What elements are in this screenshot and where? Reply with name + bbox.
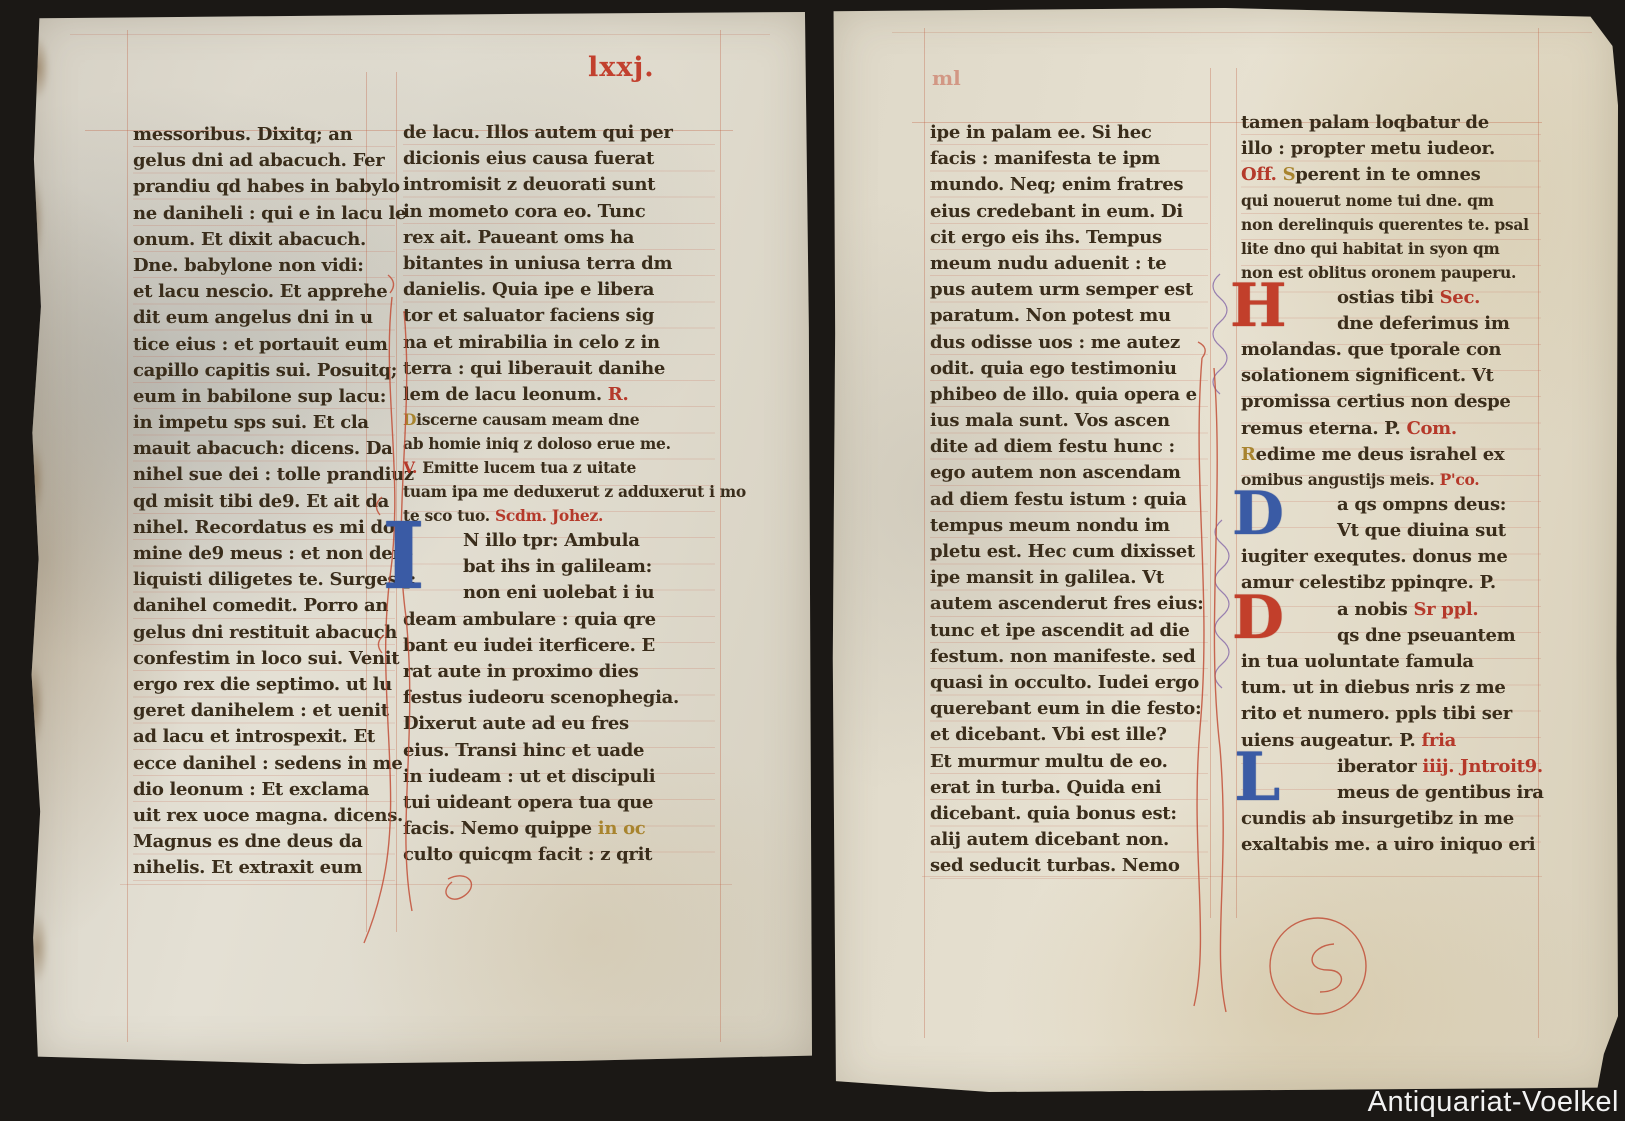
ruling-line <box>70 34 770 35</box>
manuscript-leaf-right: ml ipe in palam ee. Si hecfacis : manife… <box>832 8 1618 1092</box>
folio-number: lxxj. <box>588 52 655 83</box>
illuminated-initial-I: I <box>382 510 425 602</box>
text-line: ne daniheli : qui e in lacu le <box>133 201 395 227</box>
text-line: eius credebant in eum. Di <box>930 199 1208 225</box>
text-line: meum nudu aduenit : te <box>930 251 1208 277</box>
text-line: gelus dni ad abacuch. Fer <box>133 148 395 174</box>
text-line: cit ergo eis ihs. Tempus <box>930 225 1208 251</box>
illuminated-initial-H: H <box>1230 276 1287 336</box>
illuminated-initial-D1: D <box>1232 484 1284 544</box>
text-line: de lacu. Illos autem qui per <box>403 120 715 146</box>
text-line: prandiu qd habes in babylo <box>133 174 395 200</box>
text-line: illo : propter metu iudeor. <box>1241 136 1541 162</box>
ruling-line <box>127 30 128 1042</box>
stain <box>25 912 49 984</box>
text-line: dicionis eius causa fuerat <box>403 146 715 172</box>
ruling-line <box>720 30 721 1042</box>
text-line: messoribus. Dixitq; an <box>133 122 395 148</box>
leaf-right-surface: ml ipe in palam ee. Si hecfacis : manife… <box>832 8 1618 1092</box>
text-line: paratum. Non potest mu <box>930 303 1208 329</box>
text-line: intromisit z deuorati sunt <box>403 172 715 198</box>
text-line: in mometo cora eo. Tunc <box>403 199 715 225</box>
stain <box>24 662 44 748</box>
leaf-left-surface: lxxj. messoribus. Dixitq; angelus dni ad… <box>30 12 812 1064</box>
illuminated-initial-D2: D <box>1232 588 1284 648</box>
text-line: Off. Sperent in te omnes <box>1241 162 1541 188</box>
stain <box>24 36 50 100</box>
text-line: non derelinquis querentes te. psal <box>1241 213 1541 237</box>
text-line: lite dno qui habitat in syon qm <box>1241 237 1541 261</box>
text-line: tamen palam loqbatur de <box>1241 110 1541 136</box>
folio-showthrough-mark: ml <box>932 66 961 90</box>
ruling-line <box>892 32 1592 33</box>
penwork-flourish <box>1162 338 1432 1042</box>
watermark-text: Antiquariat-Voelkel <box>1368 1086 1619 1119</box>
text-line: mundo. Neq; enim fratres <box>930 172 1208 198</box>
text-line: facis : manifesta te ipm <box>930 146 1208 172</box>
illuminated-initial-L: L <box>1234 744 1280 810</box>
text-line: onum. Et dixit abacuch. <box>133 227 395 253</box>
manuscript-photo: lxxj. messoribus. Dixitq; angelus dni ad… <box>0 0 1625 1121</box>
text-line: rex ait. Paueant oms ha <box>403 225 715 251</box>
penwork-flourish <box>330 267 500 961</box>
manuscript-leaf-left: lxxj. messoribus. Dixitq; angelus dni ad… <box>30 12 812 1064</box>
text-line: pus autem urm semper est <box>930 277 1208 303</box>
ruling-line <box>924 28 925 1038</box>
stain <box>26 442 44 518</box>
text-line: ipe in palam ee. Si hec <box>930 120 1208 146</box>
text-line: qui nouerut nome tui dne. qm <box>1241 189 1541 213</box>
stain <box>22 172 44 268</box>
